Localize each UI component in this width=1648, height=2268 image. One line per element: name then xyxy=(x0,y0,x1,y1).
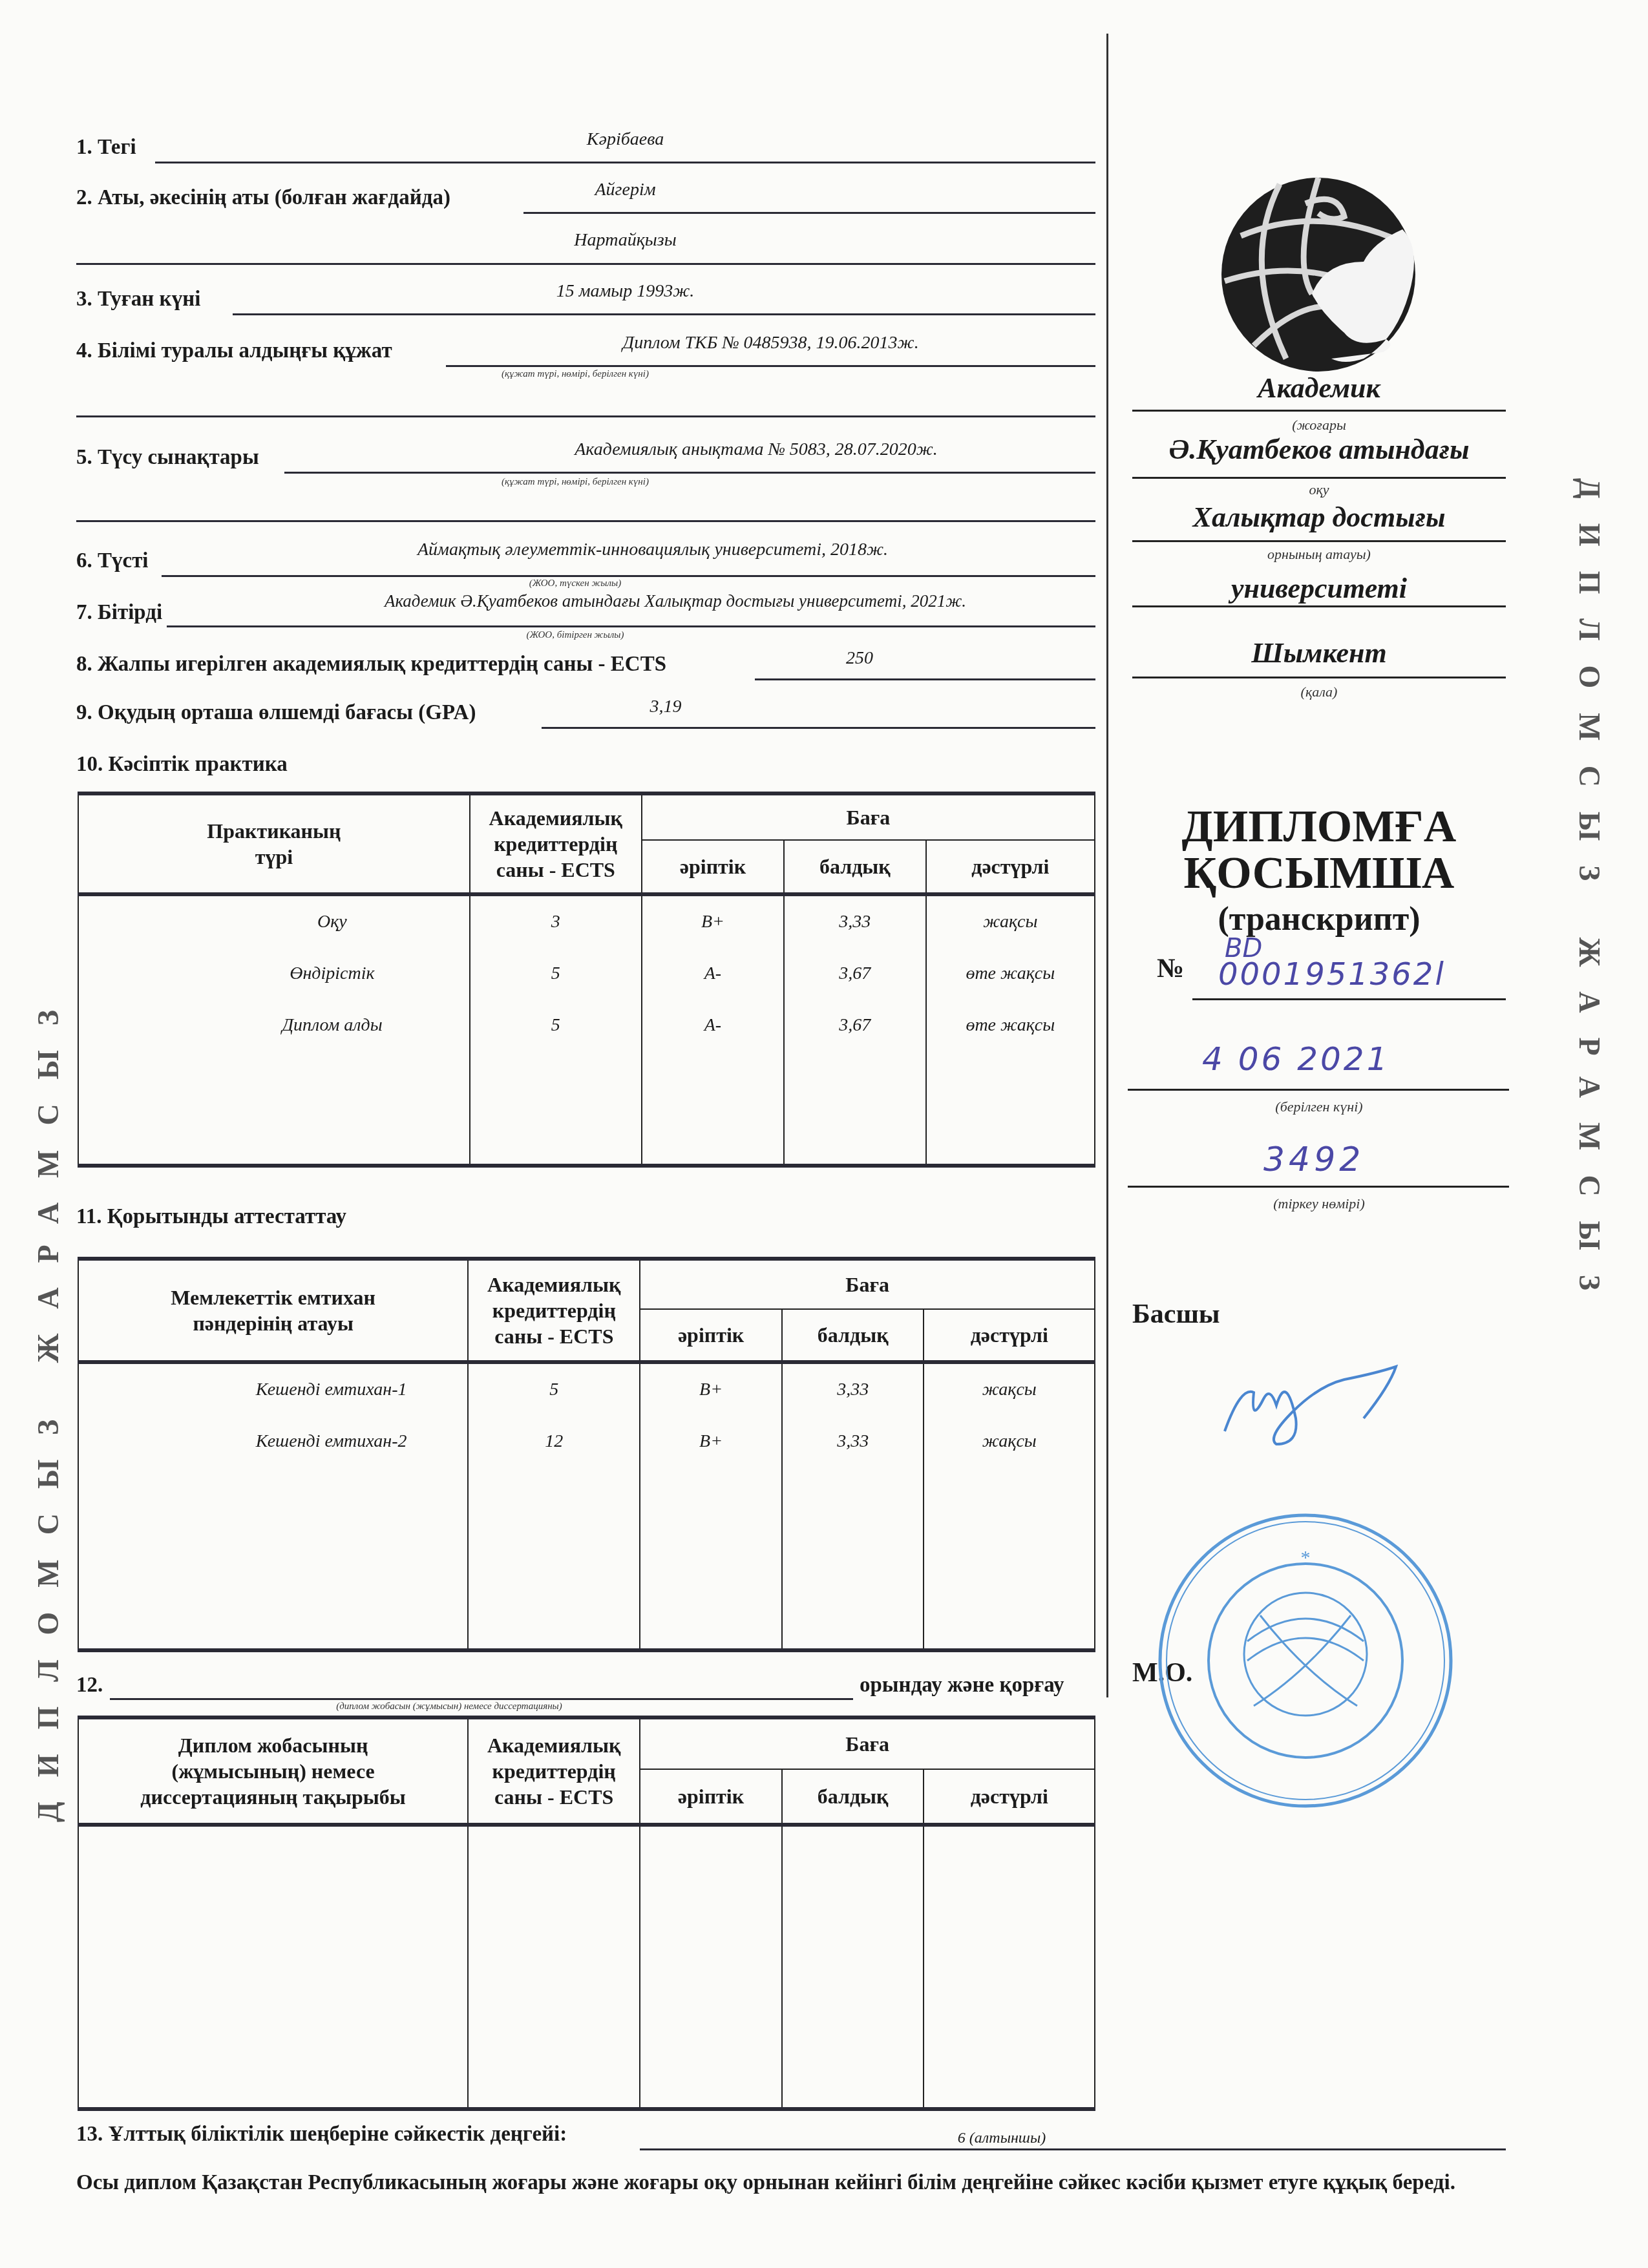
institution-rule-4 xyxy=(1132,605,1506,607)
credits-label: 8. Жалпы игерілген академиялық кредиттер… xyxy=(76,653,666,677)
institution-rule-3 xyxy=(1132,540,1506,542)
practice-col-credits: Академиялық кредиттердің саны - ECTS xyxy=(470,793,642,894)
institution-hint-1: (жоғары xyxy=(1132,417,1506,434)
thesis-table: Диплом жобасының (жұмысының) немесе дисс… xyxy=(78,1716,1095,2111)
signature-icon xyxy=(1215,1347,1409,1451)
enrolled-value[interactable]: Аймақтық әлеуметтік-инновациялық универс… xyxy=(310,540,995,560)
practice-row-points: 3,33 xyxy=(785,896,925,948)
attestation-col-traditional: дәстүрлі xyxy=(924,1309,1095,1362)
prev-document-label: 4. Білімі туралы алдыңғы құжат xyxy=(76,339,392,363)
gpa-label: 9. Оқудың орташа өлшемді бағасы (GPA) xyxy=(76,701,476,725)
qualification-value[interactable]: 6 (алтыншы) xyxy=(905,2130,1099,2147)
practice-row-traditional: жақсы xyxy=(927,896,1094,948)
patronymic-line xyxy=(76,263,1095,265)
prev-document-value[interactable]: Диплом ТКБ № 0485938, 19.06.2013ж. xyxy=(446,333,1095,353)
gpa-value[interactable]: 3,19 xyxy=(607,697,724,717)
qualification-label: 13. Ұлттық біліктілік шеңберіне сәйкесті… xyxy=(76,2123,567,2147)
attestation-col-grade: Баға xyxy=(640,1259,1095,1309)
graduated-label: 7. Бітірді xyxy=(76,601,162,625)
institution-line-3: Халықтар достығы xyxy=(1132,501,1506,534)
given-name-line xyxy=(523,212,1095,214)
institution-hint-3: орнының атауы) xyxy=(1132,546,1506,563)
prev-document-line xyxy=(446,365,1095,367)
institution-city-hint: (қала) xyxy=(1132,684,1506,700)
registration-number[interactable]: 0001951362l xyxy=(1218,956,1446,992)
thesis-heading-suffix: орындау және қорғау xyxy=(860,1674,1064,1697)
given-name-value[interactable]: Айгерім xyxy=(155,180,1095,200)
birth-date-value[interactable]: 15 мамыр 1993ж. xyxy=(155,281,1095,302)
attestation-row-letter: B+ xyxy=(640,1364,781,1416)
city-rule xyxy=(1132,677,1506,678)
attestation-col-name: Мемлекеттік емтихан пәндерінің атауы xyxy=(78,1259,468,1362)
document-title-line-2: ҚОСЫМША xyxy=(1132,848,1506,899)
page-divider xyxy=(1106,34,1108,1697)
thesis-points-cell[interactable] xyxy=(782,1825,924,2109)
credits-line xyxy=(755,678,1095,680)
gpa-line xyxy=(542,727,1095,729)
practice-row-traditional: өте жақсы xyxy=(927,1000,1094,1051)
surname-label: 1. Тегі xyxy=(76,136,136,160)
graduated-value[interactable]: Академик Ә.Қуатбеков атындағы Халықтар д… xyxy=(252,591,1099,611)
practice-row-letter: A- xyxy=(642,948,783,1000)
left-margin-watermark: ДИПЛОМСЫЗ ЖАРАМСЫЗ xyxy=(31,985,65,1822)
thesis-letter-cell[interactable] xyxy=(640,1825,782,2109)
attestation-table: Мемлекеттік емтихан пәндерінің атауы Ака… xyxy=(78,1257,1095,1652)
prev-document-line-2 xyxy=(76,415,1095,417)
surname-line xyxy=(155,162,1095,163)
thesis-heading-number: 12. xyxy=(76,1674,103,1697)
institution-line-2: Ә.Қуатбеков атындағы xyxy=(1132,433,1506,466)
reg-number[interactable]: 3492 xyxy=(1263,1140,1364,1179)
right-margin-watermark: ДИПЛОМСЫЗ ЖАРАМСЫЗ xyxy=(1572,478,1607,1315)
graduated-hint: (ЖОО, бітірген жылы) xyxy=(452,630,698,641)
credits-value[interactable]: 250 xyxy=(801,648,918,669)
attestation-row-traditional: жақсы xyxy=(924,1416,1094,1467)
reg-number-hint: (тіркеу нөмірі) xyxy=(1132,1195,1506,1212)
practice-row-letter: B+ xyxy=(642,896,783,948)
attestation-row-traditional: жақсы xyxy=(924,1364,1094,1416)
institution-line-4: университеті xyxy=(1132,572,1506,605)
attestation-col-letter: әріптік xyxy=(640,1309,782,1362)
admission-line xyxy=(284,472,1095,474)
practice-row-points: 3,67 xyxy=(785,1000,925,1051)
thesis-col-points: балдық xyxy=(782,1769,924,1825)
document-title-line-1: ДИПЛОМҒА xyxy=(1132,801,1506,853)
admission-label: 5. Түсу сынақтары xyxy=(76,446,259,470)
seal-stamp-icon: * xyxy=(1150,1506,1461,1816)
document-title-line-3: (транскрипт) xyxy=(1132,900,1506,938)
issue-date[interactable]: 4 06 2021 xyxy=(1202,1040,1389,1078)
birth-date-line xyxy=(233,313,1095,315)
patronymic-value[interactable]: Нартайқызы xyxy=(155,230,1095,251)
practice-row-credits: 5 xyxy=(470,948,641,1000)
admission-hint: (құжат түрі, нөмірі, берілген күні) xyxy=(446,477,704,488)
thesis-credits-cell[interactable] xyxy=(468,1825,640,2109)
registration-number-prefix: № xyxy=(1157,953,1184,984)
attestation-row-points: 3,33 xyxy=(783,1364,924,1416)
practice-table: Практиканың түрі Академиялық кредиттерді… xyxy=(78,792,1095,1168)
enrolled-label: 6. Түсті xyxy=(76,549,149,573)
institution-hint-2: оқу xyxy=(1132,481,1506,498)
qualification-line xyxy=(640,2148,1506,2150)
practice-col-letter: әріптік xyxy=(642,840,784,894)
prev-document-hint: (құжат түрі, нөмірі, берілген күні) xyxy=(446,369,704,380)
reg-number-rule xyxy=(1128,1186,1509,1188)
thesis-col-credits: Академиялық кредиттердің саны - ECTS xyxy=(468,1717,640,1825)
graduated-line xyxy=(167,625,1095,627)
attestation-col-points: балдық xyxy=(782,1309,924,1362)
practice-row-credits: 5 xyxy=(470,1000,641,1051)
practice-row-letter: A- xyxy=(642,1000,783,1051)
qualification-statement: Осы диплом Қазақстан Республикасының жоғ… xyxy=(76,2168,1511,2198)
practice-row-credits: 3 xyxy=(470,896,641,948)
attestation-col-credits: Академиялық кредиттердің саны - ECTS xyxy=(468,1259,640,1362)
enrolled-line xyxy=(162,575,1095,577)
practice-row-points: 3,67 xyxy=(785,948,925,1000)
registration-number-rule xyxy=(1192,998,1506,1000)
institution-city: Шымкент xyxy=(1132,636,1506,669)
practice-row-name: Өндірістік xyxy=(79,948,469,1000)
practice-col-grade: Баға xyxy=(642,793,1095,840)
thesis-heading-hint: (диплом жобасын (жұмысын) немесе диссерт… xyxy=(304,1701,595,1712)
practice-row-traditional: өте жақсы xyxy=(927,948,1094,1000)
institution-line-1: Академик xyxy=(1132,372,1506,404)
attestation-row-credits: 12 xyxy=(469,1416,639,1467)
practice-heading: 10. Кәсіптік практика xyxy=(76,753,288,777)
admission-value[interactable]: Академиялық анықтама № 5083, 28.07.2020ж… xyxy=(414,439,1099,460)
attestation-row-name: Кешенді емтихан-2 xyxy=(79,1416,467,1467)
surname-value[interactable]: Кәрібаева xyxy=(155,129,1095,150)
thesis-col-grade: Баға xyxy=(640,1717,1095,1769)
attestation-heading: 11. Қорытынды аттестаттау xyxy=(76,1205,346,1229)
thesis-heading-line xyxy=(110,1698,853,1700)
issue-date-rule xyxy=(1128,1089,1509,1091)
head-label: Басшы xyxy=(1132,1299,1220,1330)
thesis-traditional-cell[interactable] xyxy=(924,1825,1095,2109)
institution-rule-1 xyxy=(1132,410,1506,412)
globe-dove-logo-icon xyxy=(1215,165,1428,378)
practice-row-name: Оқу xyxy=(79,896,469,948)
svg-text:*: * xyxy=(1301,1547,1311,1568)
attestation-row-name: Кешенді емтихан-1 xyxy=(79,1364,467,1416)
attestation-row-letter: B+ xyxy=(640,1416,781,1467)
attestation-row-points: 3,33 xyxy=(783,1416,924,1467)
practice-col-traditional: дәстүрлі xyxy=(926,840,1095,894)
admission-line-2 xyxy=(76,520,1095,522)
thesis-col-name: Диплом жобасының (жұмысының) немесе дисс… xyxy=(78,1717,468,1825)
institution-rule-2 xyxy=(1132,477,1506,479)
practice-col-points: балдық xyxy=(784,840,925,894)
thesis-col-letter: әріптік xyxy=(640,1769,782,1825)
thesis-col-traditional: дәстүрлі xyxy=(924,1769,1095,1825)
issue-date-hint: (берілген күні) xyxy=(1132,1098,1506,1115)
practice-col-name: Практиканың түрі xyxy=(78,793,470,894)
attestation-row-credits: 5 xyxy=(469,1364,639,1416)
thesis-title-cell[interactable] xyxy=(78,1825,468,2109)
enrolled-hint: (ЖОО, түскен жылы) xyxy=(452,578,698,589)
practice-row-name: Диплом алды xyxy=(79,1000,469,1051)
